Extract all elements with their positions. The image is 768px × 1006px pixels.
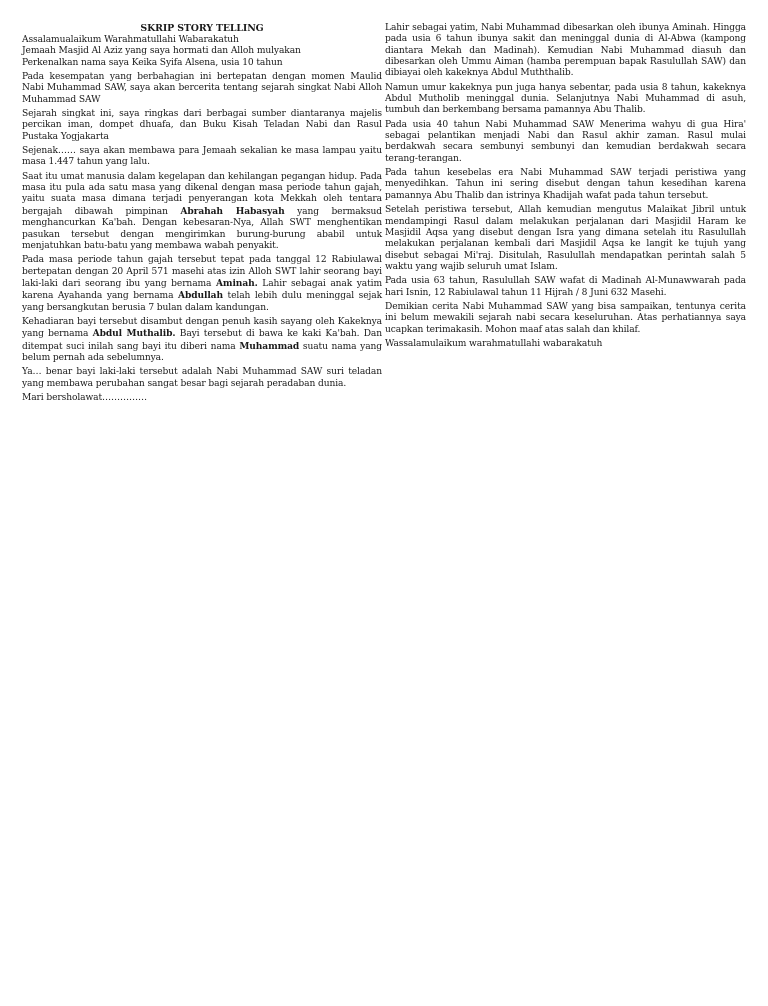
bold-name: Abdul Muthalib. xyxy=(93,328,176,339)
paragraph: Kehadiaran bayi tersebut disambut dengan… xyxy=(22,317,382,364)
greeting-line: Assalamualaikum Warahmatullahi Wabarakat… xyxy=(22,35,239,45)
paragraph: Lahir sebagai yatim, Nabi Muhammad dibes… xyxy=(385,23,746,80)
paragraph: Pada masa periode tahun gajah tersebut t… xyxy=(22,255,382,314)
bold-name: Muhammad xyxy=(239,341,299,352)
bold-name: Aminah. xyxy=(216,278,258,289)
bold-name: Abdullah xyxy=(178,290,223,301)
paragraph: Pada usia 63 tahun, Rasulullah SAW wafat… xyxy=(385,276,746,299)
paragraph: Sejarah singkat ini, saya ringkas dari b… xyxy=(22,109,382,143)
paragraph: Pada kesempatan yang berbahagian ini ber… xyxy=(22,72,382,106)
paragraph: Pada tahun kesebelas era Nabi Muhammad S… xyxy=(385,168,746,202)
paragraph: Pada usia 40 tahun Nabi Muhammad SAW Men… xyxy=(385,120,746,165)
paragraph: Setelah peristiwa tersebut, Allah kemudi… xyxy=(385,205,746,273)
paragraph: Wassalamulaikum warahmatullahi wabarakat… xyxy=(385,339,746,350)
greeting-line: Jemaah Masjid Al Aziz yang saya hormati … xyxy=(22,46,301,56)
paragraph: Mari bersholawat…………… xyxy=(22,393,382,404)
document-page: SKRIP STORY TELLING Assalamualaikum Wara… xyxy=(0,0,768,1006)
paragraph: Ya… benar bayi laki-laki tersebut adalah… xyxy=(22,367,382,390)
paragraph: Sejenak…… saya akan membawa para Jemaah … xyxy=(22,146,382,169)
paragraph: Demikian cerita Nabi Muhammad SAW yang b… xyxy=(385,302,746,336)
right-column: Lahir sebagai yatim, Nabi Muhammad dibes… xyxy=(385,23,746,353)
greeting-block: Assalamualaikum Warahmatullahi Wabarakat… xyxy=(22,35,382,69)
greeting-line: Perkenalkan nama saya Keika Syifa Alsena… xyxy=(22,58,283,68)
bold-name: Abrahah Habasyah xyxy=(180,206,284,217)
document-title: SKRIP STORY TELLING xyxy=(22,23,382,34)
paragraph: Namun umur kakeknya pun juga hanya seben… xyxy=(385,83,746,117)
left-column: SKRIP STORY TELLING Assalamualaikum Wara… xyxy=(22,23,382,407)
paragraph: Saat itu umat manusia dalam kegelapan da… xyxy=(22,172,382,252)
